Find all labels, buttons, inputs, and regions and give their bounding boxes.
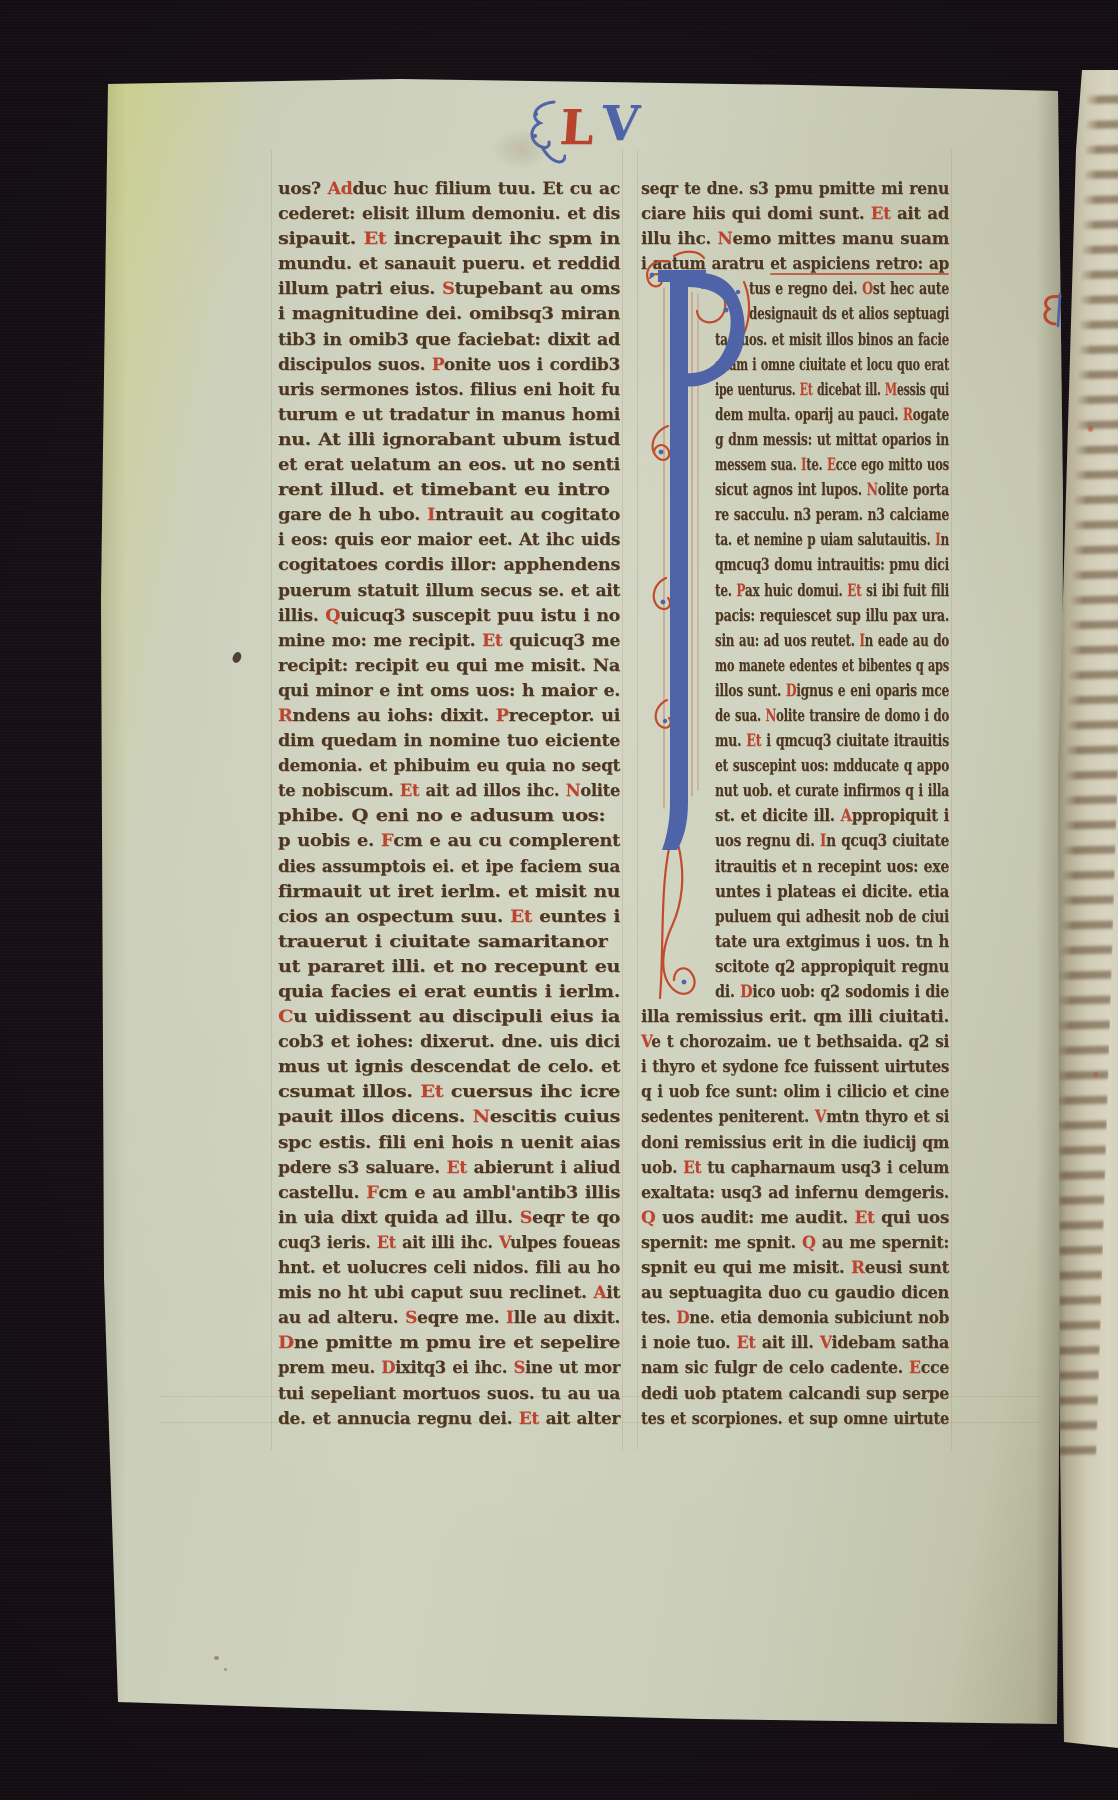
stain-speck [214,1656,219,1660]
text-line: tes. Dne. etia demonia subiciunt nob [641,1305,949,1330]
text-line: illis. Quicuq3 suscepit puu istu i no [278,603,620,628]
header-numeral-l: L [558,104,595,152]
text-line: mine mo: me recipit. Et quicuq3 me [278,628,620,653]
text-line: Q uos audit: me audit. Et qui uos [641,1205,949,1230]
text-line: spnit eu qui me misit. Reusi sunt [641,1255,949,1280]
text-line: trauerut i ciuitate samaritanor [278,929,620,954]
text-line: et erat uelatum an eos. ut no senti [278,452,620,477]
manuscript-photo: L V uos? Adduc huc filium tuu. Et cu acc… [0,0,1118,1800]
text-line: Dne pmitte m pmu ire et sepelire [278,1330,620,1355]
text-line: pdere s3 saluare. Et abierunt i aliud [278,1155,620,1180]
ruling-line [271,150,272,1450]
text-line: au ad alteru. Seqre me. Ille au dixit. [278,1305,620,1330]
text-line: p uobis e. Fcm e au cu complerent [278,828,620,853]
text-line: cederet: elisit illum demoniu. et dis [278,201,620,226]
text-line: dedi uob ptatem calcandi sup serpe [641,1381,949,1406]
text-line: spc estis. fili eni hois n uenit aias [278,1130,620,1155]
text-line: cios an ospectum suu. Et euntes i [278,904,620,929]
text-line: gare de h ubo. Intrauit au cogitato [278,502,620,527]
text-line: nam sic fulgr de celo cadente. Ecce [641,1355,949,1380]
paragraph-mark-icon [1040,292,1066,328]
text-line: puerum statuit illum secus se. et ait [278,578,620,603]
text-line: spernit: me spnit. Q au me spernit: [641,1230,949,1255]
text-line: mus ut ignis descendat de celo. et [278,1054,620,1079]
text-line: cogitatoes cordis illor: apphendens [278,552,620,577]
text-line: hnt. et uolucres celi nidos. fili au ho [278,1255,620,1280]
text-column-left: uos? Adduc huc filium tuu. Et cu acceder… [278,176,620,1431]
text-line: ciare hiis qui domi sunt. Et ait ad [641,201,949,226]
text-line: sipauit. Et increpauit ihc spm in [278,226,620,251]
text-line: cuq3 ieris. Et ait illi ihc. Vulpes foue… [278,1230,620,1255]
text-line: dim quedam in nomine tuo eiciente [278,728,620,753]
text-line: Rndens au iohs: dixit. Preceptor. ui [278,703,620,728]
text-line: castellu. Fcm e au ambl'antib3 illis [278,1180,620,1205]
text-line: demonia. et phibuim eu quia no seqt [278,753,620,778]
rubric-speck [1094,1072,1098,1077]
text-line: rent illud. et timebant eu intro [278,477,620,502]
text-line: tes et scorpiones. et sup omne uirtute [641,1406,949,1431]
text-line: uos? Adduc huc filium tuu. Et cu ac [278,176,620,201]
text-line: prem meu. Dixitq3 ei ihc. Sine ut mor [278,1355,620,1380]
text-line: quia facies ei erat euntis i ierlm. [278,979,620,1004]
ink-smudge [492,128,550,170]
text-line: csumat illos. Et cuersus ihc icre [278,1079,620,1104]
text-line: Ve t chorozaim. ue t bethsaida. q2 si [641,1029,949,1054]
text-line: discipulos suos. Ponite uos i cordib3 [278,352,620,377]
text-line: nu. At illi ignorabant ubum istud [278,427,620,452]
rubric-speck [1088,426,1093,432]
text-line: phibe. Q eni no e adusum uos: [278,803,620,828]
text-line: au septuagita duo cu gaudio dicen [641,1280,949,1305]
text-line: dies assumptois ei. et ipe faciem sua [278,854,620,879]
text-line: uris sermones istos. filius eni hoit fu [278,377,620,402]
text-line: mis no ht ubi caput suu reclinet. Ait [278,1280,620,1305]
text-line: in uia dixt quida ad illu. Seqr te qo [278,1205,620,1230]
text-line: seqr te dne. s3 pmu pmitte mi renu [641,176,949,201]
text-line: recipit: recipit eu qui me misit. Na [278,653,620,678]
illuminated-initial [640,248,754,1020]
text-line: firmauit ut iret ierlm. et misit nu [278,879,620,904]
text-line: i magnitudine dei. omibsq3 miran [278,301,620,326]
header-numeral-v: V [600,100,641,148]
text-line: i thyro et sydone fce fuissent uirtutes [641,1054,949,1079]
text-line: Cu uidissent au discipuli eius ia [278,1004,620,1029]
text-line: q i uob fce sunt: olim i cilicio et cine [641,1079,949,1104]
text-line: pauit illos dicens. Nescitis cuius [278,1104,620,1129]
text-line: cob3 et iohes: dixerut. dne. uis dici [278,1029,620,1054]
text-line: doni remissius erit in die iudicij qm [641,1130,949,1155]
text-line: sedentes peniterent. Vmtn thyro et si [641,1104,949,1129]
stain-speck [224,1668,227,1671]
text-line: te nobiscum. Et ait ad illos ihc. Nolite [278,778,620,803]
ruling-line [622,150,623,1450]
text-line: mundu. et sanauit pueru. et reddid [278,251,620,276]
text-line: uob. Et tu capharnaum usq3 i celum [641,1155,949,1180]
text-line: illum patri eius. Stupebant au oms [278,276,620,301]
text-line: turum e ut tradatur in manus homi [278,402,620,427]
ruling-line [637,150,638,1450]
text-line: tib3 in omib3 que faciebat: dixit ad [278,327,620,352]
text-line: tui sepeliant mortuos suos. tu au ua [278,1381,620,1406]
text-line: ut pararet illi. et no recepunt eu [278,954,620,979]
text-line: exaltata: usq3 ad infernu demgeris. [641,1180,949,1205]
text-line: de. et annucia regnu dei. Et ait alter [278,1406,620,1431]
text-line: qui minor e int oms uos: h maior e. [278,678,620,703]
text-line: i eos: quis eor maior eet. At ihc uids [278,527,620,552]
text-line: i noie tuo. Et ait ill. Videbam satha [641,1330,949,1355]
